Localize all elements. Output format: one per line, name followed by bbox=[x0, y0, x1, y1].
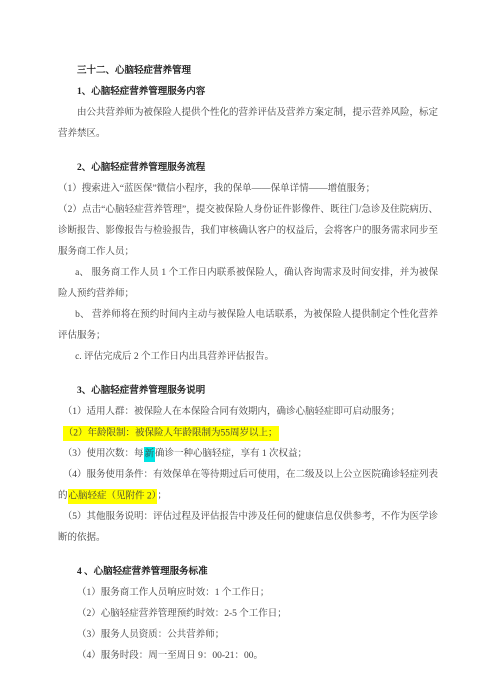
highlighted-text-cyan: 新 bbox=[144, 447, 156, 462]
text-segment: （5）其他服务说明：评估过程及评估报告中涉及任何的健康信息仅供参考，不作为医学诊… bbox=[58, 512, 438, 543]
list-item: （3）服务人员资质：公共营养师； bbox=[58, 625, 438, 646]
section-service-content: 1、心脑轻症营养管理服务内容 由公共营养师为被保险人提供个性化的营养评估及营养方… bbox=[58, 82, 438, 145]
doc-paragraph: 由公共营养师为被保险人提供个性化的营养评估及营养方案定制，提示营养风险，标定营养… bbox=[58, 103, 438, 145]
section-service-standards: 4 、心脑轻症营养管理服务标准 （1）服务商工作人员响应时效：1 个工作日； （… bbox=[58, 562, 438, 667]
list-item: （1）适用人群：被保险人在本保险合同有效期内，确诊心脑轻症即可启动服务； bbox=[58, 402, 438, 423]
list-item: （2）年龄限制：被保险人年龄限制为55周岁以上； bbox=[58, 423, 438, 444]
list-item: （1）服务商工作人员响应时效：1 个工作日； bbox=[58, 583, 438, 604]
section-1-heading: 1、心脑轻症营养管理服务内容 bbox=[58, 82, 438, 103]
highlighted-text-yellow: （2）年龄限制：被保险人年龄限制为55周岁以上； bbox=[63, 426, 279, 441]
list-item: （4）服务使用条件：有效保单在等待期过后可使用，在二级及以上公立医院确诊轻症列表… bbox=[58, 465, 438, 507]
section-4-heading: 4 、心脑轻症营养管理服务标准 bbox=[58, 562, 438, 583]
section-2-heading: 2、心脑轻症营养管理服务流程 bbox=[58, 158, 438, 179]
document-page: 三十二、心脑轻症营养管理 1、心脑轻症营养管理服务内容 由公共营养师为被保险人提… bbox=[0, 0, 495, 700]
list-item: （3）使用次数：每新确诊一种心脑轻症，享有 1 次权益； bbox=[58, 444, 438, 465]
section-service-flow: 2、心脑轻症营养管理服务流程 （1）搜索进入“蓝医保”微信小程序，我的保单——保… bbox=[58, 158, 438, 368]
list-item: c. 评估完成后 2 个工作日内出具营养评估报告。 bbox=[58, 347, 438, 368]
document-title: 三十二、心脑轻症营养管理 bbox=[58, 61, 438, 82]
list-item: （2）点击“心脑轻症营养管理”，提交被保险人身份证件影像件、既往门/急诊及住院病… bbox=[58, 200, 438, 263]
list-item: （5）其他服务说明：评估过程及评估报告中涉及任何的健康信息仅供参考，不作为医学诊… bbox=[58, 507, 438, 549]
list-item: （2）心脑轻症营养管理预约时效：2-5 个工作日； bbox=[58, 604, 438, 625]
section-service-notes: 3、心脑轻症营养管理服务说明 （1）适用人群：被保险人在本保险合同有效期内，确诊… bbox=[58, 381, 438, 549]
list-item: （1）搜索进入“蓝医保”微信小程序，我的保单——保单详情——增值服务； bbox=[58, 179, 438, 200]
list-item: b、 营养师将在预约时间内主动与被保险人电话联系，为被保险人提供制定个性化营养评… bbox=[58, 305, 438, 347]
text-segment: ； bbox=[157, 491, 167, 501]
list-item: a、 服务商工作人员 1 个工作日内联系被保险人，确认咨询需求及时间安排，并为被… bbox=[58, 263, 438, 305]
list-item: （4）服务时段：周一至周日 9：00-21：00。 bbox=[58, 646, 438, 667]
text-segment: 确诊一种心脑轻症，享有 1 次权益； bbox=[155, 449, 307, 459]
text-segment: （3）使用次数：每 bbox=[63, 449, 144, 459]
section-3-heading: 3、心脑轻症营养管理服务说明 bbox=[58, 381, 438, 402]
text-segment: （1）适用人群：被保险人在本保险合同有效期内，确诊心脑轻症即可启动服务； bbox=[63, 407, 400, 417]
highlighted-text-yellow: 心脑轻症（见附件 2） bbox=[68, 489, 158, 504]
